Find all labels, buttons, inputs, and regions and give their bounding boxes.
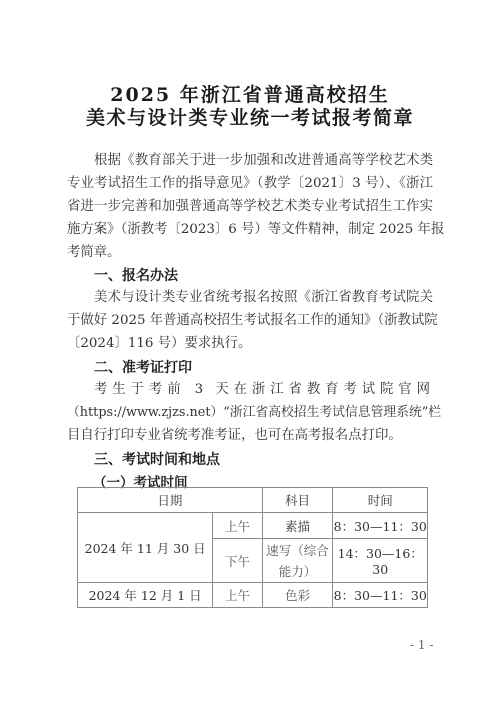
section-paragraph-line: 〔2024〕116 号）要求执行。 — [67, 334, 433, 354]
table-header-row: 日期 科目 时间 — [78, 488, 428, 513]
cell-date: 2024 年 11 月 30 日 — [78, 513, 213, 583]
section-heading-exam-time-place: 三、考试时间和地点 — [94, 449, 220, 469]
cell-subject: 色彩 — [262, 583, 333, 608]
cell-time: 8：30—11：30 — [333, 583, 428, 608]
intro-paragraph-line: 根据《教育部关于进一步加强和改进普通高等学校艺术类 — [94, 151, 433, 171]
table-row: 2024 年 11 月 30 日 上午 素描 8：30—11：30 — [78, 513, 428, 539]
section-paragraph-line: 目自行打印专业省统考准考证，也可在高考报名点打印。 — [67, 426, 433, 446]
intro-paragraph-line: 施方案》（浙教考〔2023〕6 号）等文件精神，制定 2025 年报 — [67, 220, 433, 240]
section-heading-registration: 一、报名办法 — [94, 265, 178, 285]
section-paragraph-line: 美术与设计类专业省统考报名按照《浙江省教育考试院关 — [94, 288, 433, 308]
cell-subject-line: 速写（综合 — [263, 540, 333, 561]
document-title-line-2: 美术与设计类专业统一考试报考简章 — [0, 103, 500, 130]
cell-subject-line: 能力） — [263, 561, 333, 582]
cell-session: 上午 — [213, 513, 262, 539]
cell-session: 上午 — [213, 583, 262, 608]
exam-schedule-table: 日期 科目 时间 2024 年 11 月 30 日 上午 素描 8：30—11：… — [77, 487, 428, 608]
cell-subject: 速写（综合 能力） — [262, 539, 333, 583]
header-subject: 科目 — [262, 488, 333, 513]
section-paragraph-line: （https://www.zjzs.net）“浙江省高校招生考试信息管理系统”栏 — [67, 403, 433, 423]
intro-paragraph-line: 专业考试招生工作的指导意见》（教学〔2021〕3 号）、《浙江 — [67, 174, 433, 194]
section-paragraph-line: 于做好 2025 年普通高校招生考试报名工作的通知》（浙教试院 — [67, 311, 433, 331]
cell-session: 下午 — [213, 539, 262, 583]
intro-paragraph-line: 考简章。 — [67, 243, 433, 263]
cell-time: 8：30—11：30 — [333, 513, 428, 539]
section-heading-admission-ticket: 二、准考证打印 — [94, 357, 192, 377]
header-date: 日期 — [78, 488, 263, 513]
header-time: 时间 — [333, 488, 428, 513]
page-number: - 1 - — [410, 638, 433, 652]
cell-subject: 素描 — [262, 513, 333, 539]
cell-time: 14：30—16：30 — [333, 539, 428, 583]
cell-date: 2024 年 12 月 1 日 — [78, 583, 213, 608]
section-paragraph-line: 考生于考前 3 天在浙江省教育考试院官网 — [94, 380, 433, 400]
intro-paragraph-line: 省进一步完善和加强普通高等学校艺术类专业考试招生工作实 — [67, 197, 433, 217]
table-row: 2024 年 12 月 1 日 上午 色彩 8：30—11：30 — [78, 583, 428, 608]
